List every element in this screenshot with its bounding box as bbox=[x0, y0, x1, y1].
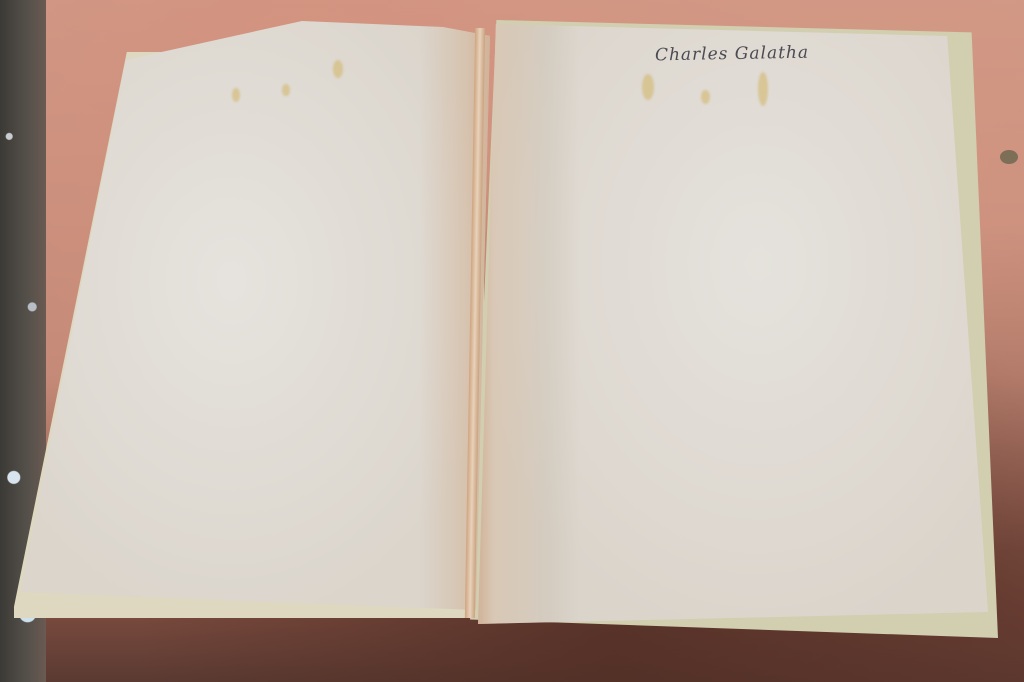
left-endpaper bbox=[20, 12, 490, 610]
foxing-spot bbox=[282, 84, 290, 96]
right-endpaper bbox=[478, 24, 988, 624]
foxing-spot bbox=[758, 72, 768, 106]
foxing-spot bbox=[642, 74, 654, 100]
foxing-spot bbox=[333, 60, 343, 78]
foxing-spot bbox=[232, 88, 240, 102]
open-book: Charles Galatha bbox=[0, 0, 1024, 682]
handwritten-signature: Charles Galatha bbox=[655, 43, 809, 66]
foxing-spot bbox=[701, 90, 710, 104]
